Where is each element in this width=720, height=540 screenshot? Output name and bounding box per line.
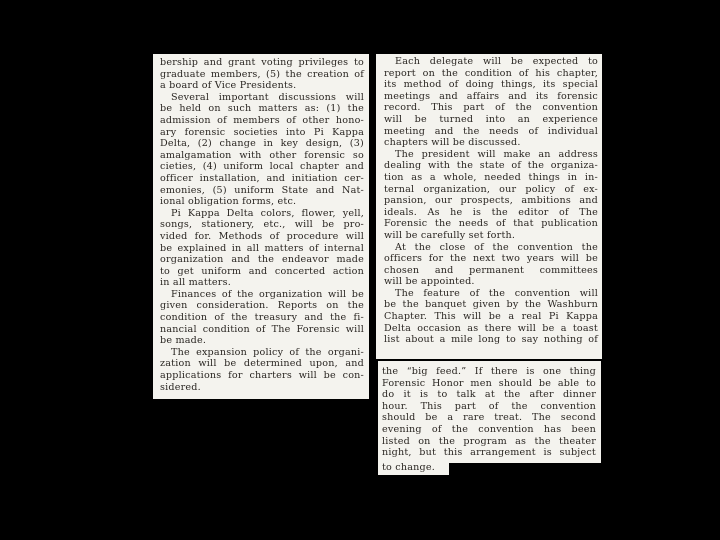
text-line: given consideration. Reports on the bbox=[160, 300, 364, 312]
text-line: nancial condition of The Forensic will bbox=[160, 324, 364, 336]
text-line: a board of Vice Presidents. bbox=[160, 80, 364, 92]
text-line: listed on the program as the theater bbox=[382, 436, 596, 448]
text-line: Delta, (2) change in key design, (3) bbox=[160, 138, 364, 150]
text-line: applications for charters will be con- bbox=[160, 370, 364, 382]
text-line: amalgamation with other forensic so bbox=[160, 150, 364, 162]
text-line: meetings and affairs and its forensic bbox=[384, 91, 598, 103]
text-line: bership and grant voting privileges to bbox=[160, 57, 364, 69]
text-line: cieties, (4) uniform local chapter and bbox=[160, 161, 364, 173]
text-line: report on the condition of his chapter, bbox=[384, 68, 598, 80]
text-line: songs, stationery, etc., will be pro- bbox=[160, 219, 364, 231]
text-line: officer installation, and initiation cer… bbox=[160, 173, 364, 185]
text-line: At the close of the convention the bbox=[384, 242, 598, 254]
text-line: Each delegate will be expected to bbox=[384, 56, 598, 68]
text-line: zation will be determined upon, and bbox=[160, 358, 364, 370]
text-line: sidered. bbox=[160, 382, 364, 394]
clipping-right-column-bottom: the “big feed.” If there is one thingFor… bbox=[378, 360, 601, 463]
text-line: Several important discussions will bbox=[160, 92, 364, 104]
text-line: chapters will be discussed. bbox=[384, 137, 598, 149]
clipping-right-column-tail: to change. bbox=[378, 462, 449, 475]
text-line: record. This part of the convention bbox=[384, 102, 598, 114]
text-line: Finances of the organization will be bbox=[160, 289, 364, 301]
text-line: night, but this arrangement is subject bbox=[382, 447, 596, 459]
text-line: emonies, (5) uniform State and Nat- bbox=[160, 185, 364, 197]
text-line: the “big feed.” If there is one thing bbox=[382, 366, 596, 378]
text-line: be the banquet given by the Washburn bbox=[384, 299, 598, 311]
text-line: to change. bbox=[382, 462, 449, 474]
text-line: officers for the next two years will be bbox=[384, 253, 598, 265]
text-line: The expansion policy of the organi- bbox=[160, 347, 364, 359]
text-line: pansion, our prospects, ambitions and bbox=[384, 195, 598, 207]
text-line: dealing with the state of the organiza- bbox=[384, 160, 598, 172]
text-line: ideals. As he is the editor of The bbox=[384, 207, 598, 219]
text-line: list about a mile long to say nothing of bbox=[384, 334, 598, 346]
text-line: The feature of the convention will bbox=[384, 288, 598, 300]
text-line: tion as a whole, needed things in in- bbox=[384, 172, 598, 184]
text-line: organization and the endeavor made bbox=[160, 254, 364, 266]
text-line: vided for. Methods of procedure will bbox=[160, 231, 364, 243]
text-line: be explained in all matters of internal bbox=[160, 243, 364, 255]
text-line: will be carefully set forth. bbox=[384, 230, 598, 242]
text-line: Pi Kappa Delta colors, flower, yell, bbox=[160, 208, 364, 220]
text-line: should be a rare treat. The second bbox=[382, 412, 596, 424]
text-line: condition of the treasury and the fi- bbox=[160, 312, 364, 324]
text-line: in all matters. bbox=[160, 277, 364, 289]
text-line: do it is to talk at the after dinner bbox=[382, 389, 596, 401]
text-line: to get uniform and concerted action bbox=[160, 266, 364, 278]
text-line: meeting and the needs of individual bbox=[384, 126, 598, 138]
text-line: evening of the convention has been bbox=[382, 424, 596, 436]
text-line: Forensic the needs of that publication bbox=[384, 218, 598, 230]
text-line: will be appointed. bbox=[384, 276, 598, 288]
text-line: Chapter. This will be a real Pi Kappa bbox=[384, 311, 598, 323]
clipping-right-column-top: Each delegate will be expected toreport … bbox=[376, 54, 602, 359]
text-line: ary forensic societies into Pi Kappa bbox=[160, 127, 364, 139]
text-line: Delta occasion as there will be a toast bbox=[384, 323, 598, 335]
text-line: be held on such matters as: (1) the bbox=[160, 103, 364, 115]
text-line: hour. This part of the convention bbox=[382, 401, 596, 413]
text-line: chosen and permanent committees bbox=[384, 265, 598, 277]
text-line: The president will make an address bbox=[384, 149, 598, 161]
text-line: will be turned into an experience bbox=[384, 114, 598, 126]
text-line: be made. bbox=[160, 335, 364, 347]
text-line: admission of members of other hono- bbox=[160, 115, 364, 127]
text-line: graduate members, (5) the creation of bbox=[160, 69, 364, 81]
clipping-left-column: bership and grant voting privileges togr… bbox=[153, 54, 369, 399]
text-line: ional obligation forms, etc. bbox=[160, 196, 364, 208]
text-line: its method of doing things, its special bbox=[384, 79, 598, 91]
text-line: ternal organization, our policy of ex- bbox=[384, 184, 598, 196]
text-line: Forensic Honor men should be able to bbox=[382, 378, 596, 390]
